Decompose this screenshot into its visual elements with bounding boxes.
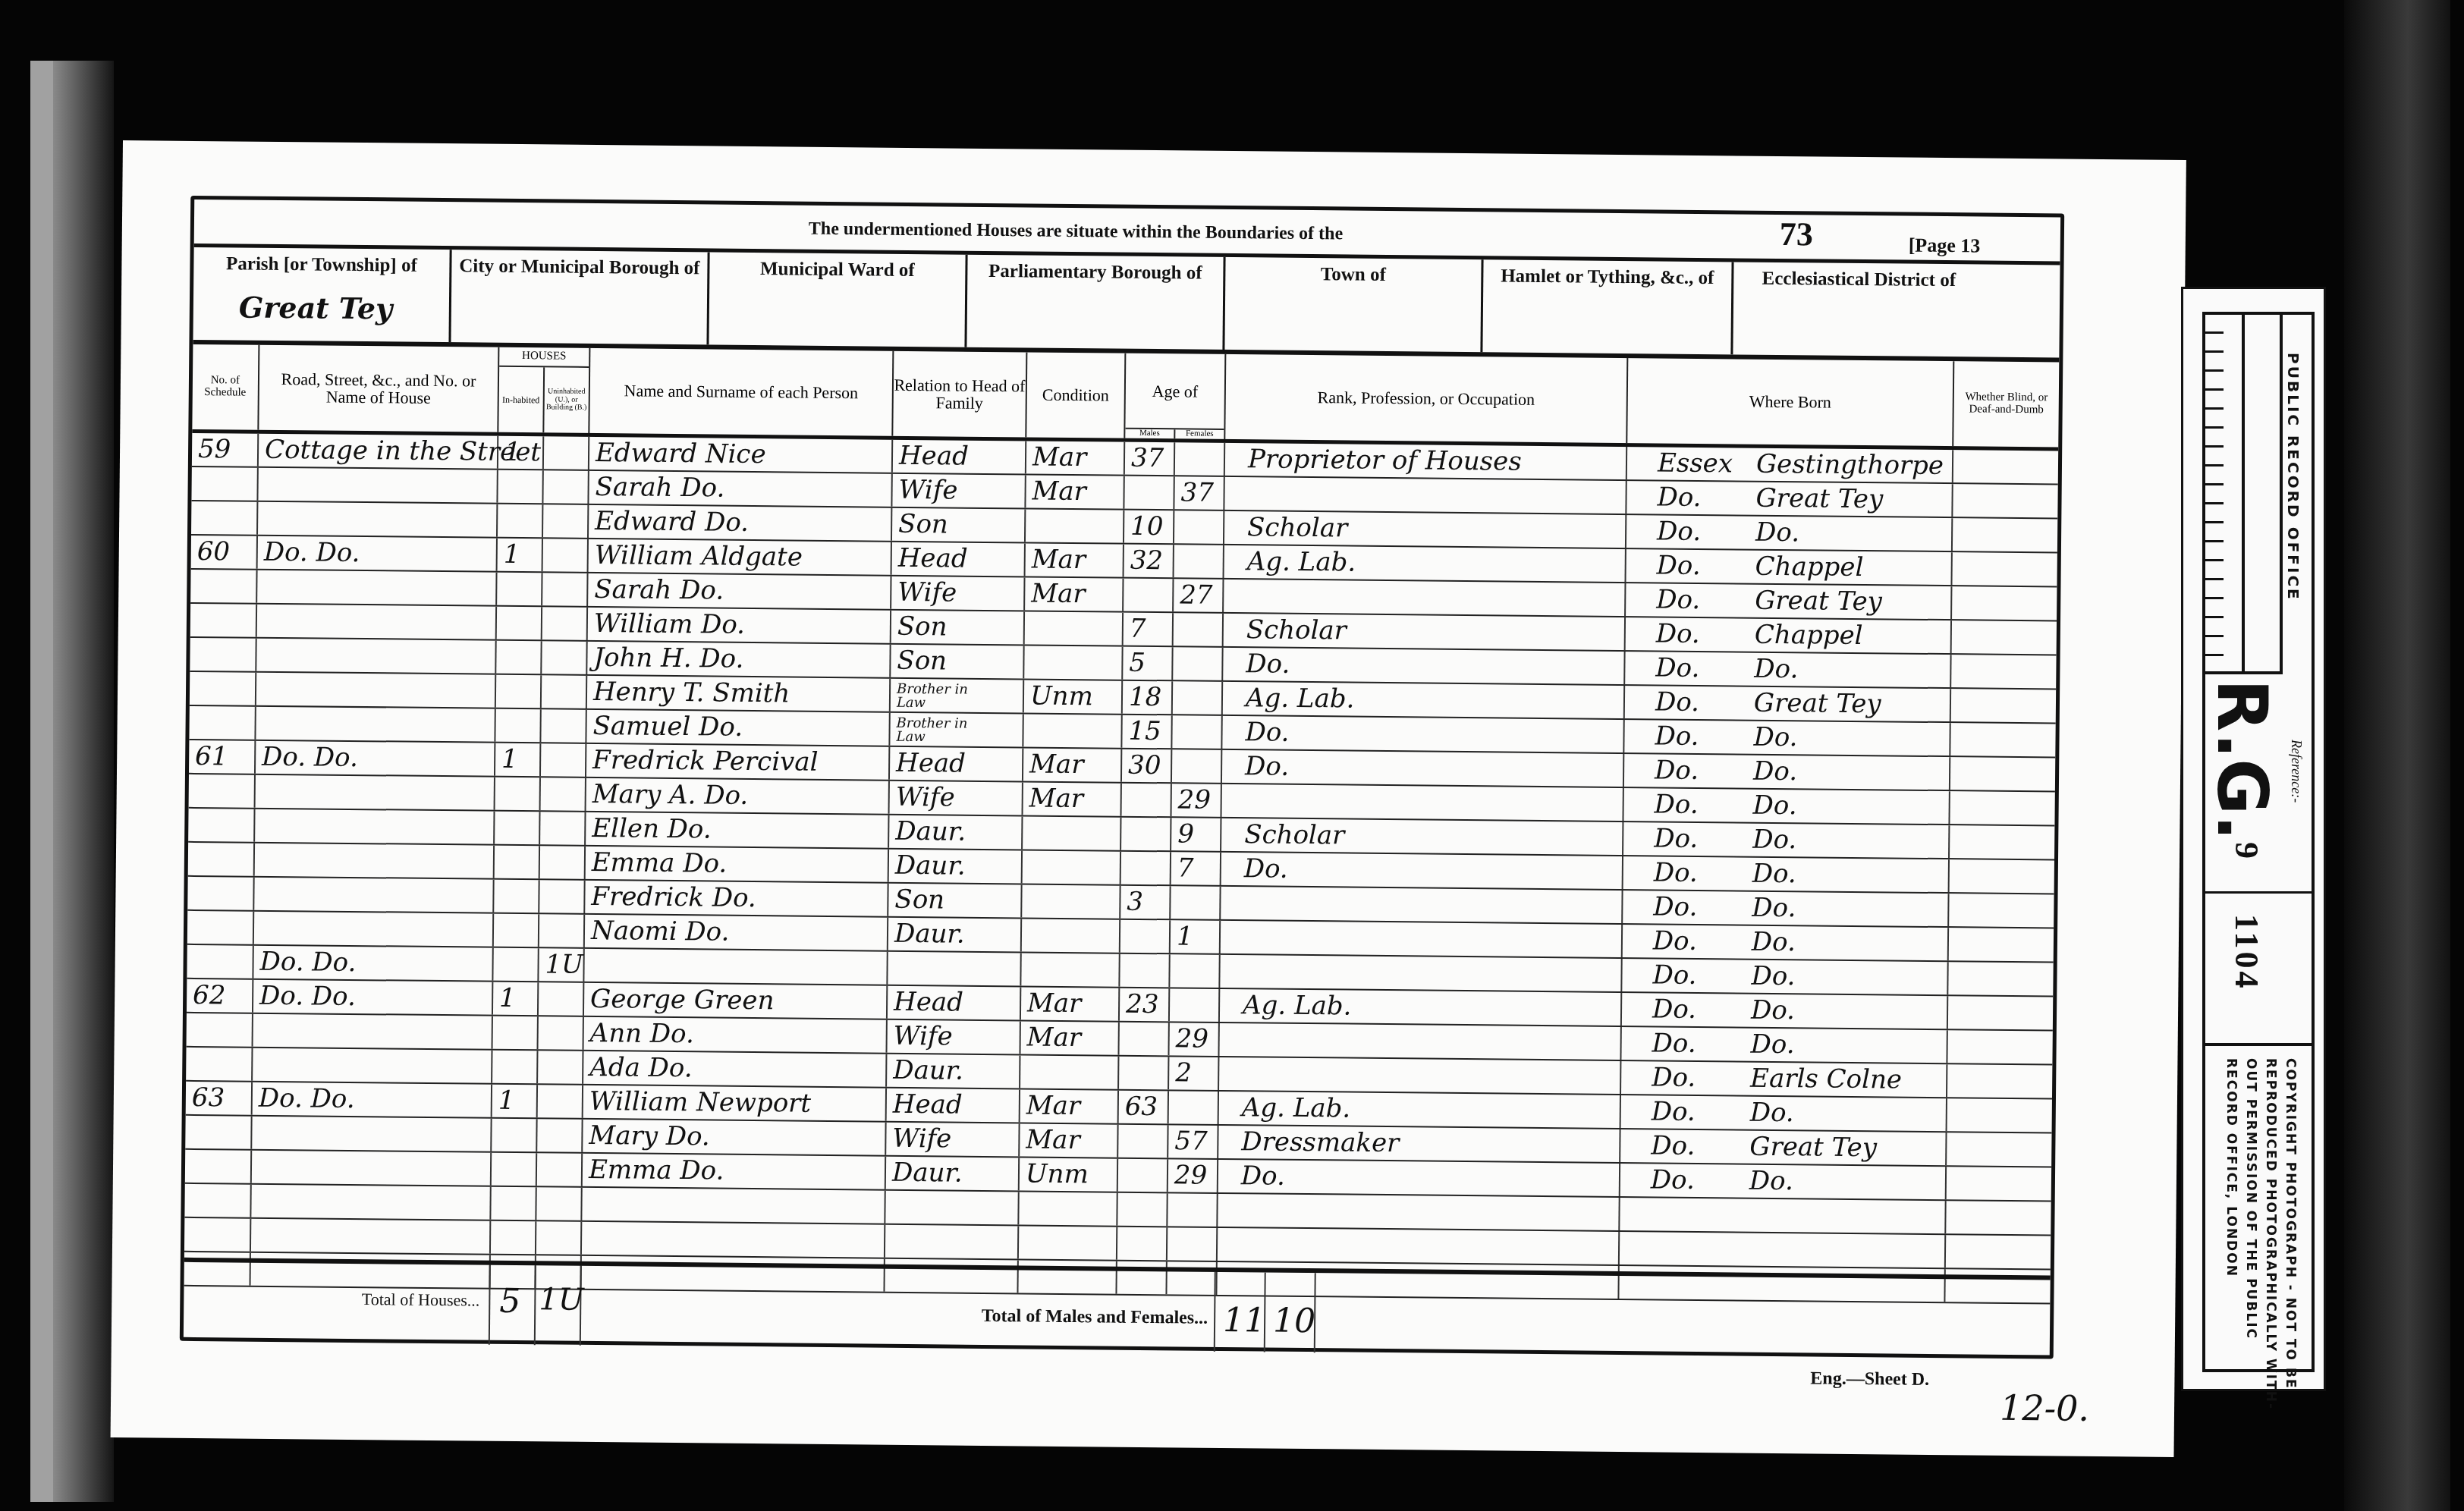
cell-uninhabited [543,470,589,504]
cell-male_age [1118,1159,1168,1192]
cell-schedule [190,570,257,603]
cell-name: Emma Do. [586,847,889,882]
born-place: Do. [1752,927,1796,958]
male-age: 15 [1128,716,1161,746]
born-county: Do. [1657,516,1701,547]
cell-blind [1953,450,2058,483]
cell-occupation: Do. [1221,853,1623,889]
cell-born: Do.Great Tey [1625,686,1951,721]
cell-uninhabited: 1U [539,948,584,982]
occupation: Ag. Lab. [1243,990,1352,1021]
male-age: 10 [1130,511,1164,542]
relation: Daur. [895,850,966,881]
cell-name: William Do. [588,608,891,643]
cell-occupation: Ag. Lab. [1220,989,1622,1026]
census-form: The undermentioned Houses are situate wi… [180,196,2064,1359]
cell-relation: Son [891,645,1024,679]
cell-inhabited [492,1119,537,1152]
cell-blind [1946,1201,2051,1234]
cell-female_age: 37 [1174,476,1224,510]
col-age: Age of Males Females [1125,353,1226,439]
cell-road [258,468,498,503]
occupation: Do. [1244,853,1288,884]
cell-occupation: Do. [1222,750,1624,787]
female-age: 27 [1180,580,1213,610]
relation: Son [897,646,947,677]
male-age: 23 [1126,989,1159,1019]
occupation: Do. [1241,1161,1285,1192]
cell-blind [1947,1030,2052,1063]
division-label: City or Municipal Borough of [459,256,699,278]
inhabited: 1 [499,983,516,1013]
uninhabited: 1U [545,949,583,979]
cell-female_age: 1 [1171,920,1221,953]
cell-relation: Head [887,1088,1020,1123]
cell-relation: Wife [891,576,1025,611]
total-houses-inhabited: 5 [499,1282,520,1321]
road: Do. Do. [264,537,360,568]
cell-road: Do. Do. [253,1082,492,1117]
cell-uninhabited [542,641,587,674]
schedule: 61 [195,741,228,771]
name: William Newport [589,1086,812,1119]
rg-class: R.G. [2202,679,2281,840]
born-county: Do. [1651,1130,1695,1161]
cell-uninhabited [539,1016,584,1050]
cell-condition: Mar [1026,475,1124,508]
cell-condition [1022,919,1120,952]
administrative-divisions: Parish [or Township] ofGreat TeyCity or … [193,247,2060,363]
born-county: Do. [1656,584,1700,615]
cell-occupation: Dressmaker [1218,1126,1620,1162]
division-2: Municipal Ward of [709,252,967,347]
born-place: Do. [1755,517,1799,548]
cell-born: Do.Do. [1621,1027,1947,1063]
cell-blind [1951,655,2056,688]
cell-born: Do.Do. [1626,515,1953,551]
cell-schedule: 60 [191,536,258,569]
cell-uninhabited [539,982,584,1016]
cell-schedule [187,945,253,979]
division-label: Parish [or Township] of [226,253,417,275]
cell-born: Do.Do. [1623,788,1950,824]
cell-name: Samuel Do. [586,710,890,746]
cell-inhabited: 1 [492,1085,538,1118]
cell-blind [1953,484,2057,517]
cell-female_age [1172,715,1222,749]
cell-name: Edward Nice [589,437,893,473]
rg-piece: 1104 [2227,914,2266,991]
cell-road: Do. Do. [258,536,498,571]
name: Ada Do. [589,1052,693,1083]
cell-relation: Daur. [889,850,1023,884]
inhabited: 1 [504,539,520,570]
schedule: 63 [192,1082,225,1113]
name: Samuel Do. [592,711,743,743]
division-value: Great Tey [239,290,393,325]
name: Ann Do. [590,1018,694,1049]
cell-female_age [1169,1091,1219,1124]
census-table: No. of Schedule Road, Street, &c., and N… [184,344,2060,1305]
cell-occupation [1218,1194,1620,1230]
cell-relation: Daur. [889,815,1023,850]
cell-name: Sarah Do. [589,471,892,507]
male-age: 7 [1130,614,1146,644]
cell-relation: Son [888,884,1022,918]
relation: Daur. [894,919,965,950]
cell-road [257,570,497,605]
reference-frame: PUBLIC RECORD OFFICE Reference:- R.G. 9 … [2202,312,2315,1372]
born-place: Do. [1754,654,1798,685]
born-place: Chappel [1755,620,1863,651]
cell-relation: Head [893,440,1026,474]
cell-condition: Mar [1020,1021,1119,1054]
born-county: Do. [1654,857,1698,888]
occupation: Scholar [1244,819,1344,850]
female-age: 2 [1175,1057,1192,1088]
cell-uninhabited [541,777,586,811]
cell-road: Do. Do. [256,741,495,776]
born-county: Do. [1653,925,1697,957]
cell-name: Edward Do. [589,505,892,541]
cell-born: Do.Do. [1623,856,1950,892]
born-county: Do. [1657,550,1701,581]
cell-male_age: 18 [1123,681,1173,715]
copyright-line: COPYRIGHT PHOTOGRAPH - NOT TO BE [2283,1058,2298,1390]
table-body: 59Cottage in the Street1Edward NiceHeadM… [184,433,2059,1305]
col-inhabited: In-habited [498,367,545,433]
male-age: 63 [1125,1092,1158,1122]
cell-road: Cottage in the Street [259,434,498,469]
cell-inhabited [497,573,542,606]
cell-female_age: 29 [1172,784,1222,817]
cell-female_age [1174,545,1224,578]
cell-schedule [188,809,255,842]
cell-occupation [1221,921,1623,957]
cell-inhabited [498,504,543,538]
cell-born: Do.Do. [1624,754,1950,790]
ruler-cm [2242,315,2283,674]
born-county: Do. [1651,1164,1695,1195]
female-age: 37 [1180,477,1214,507]
cell-relation: Daur. [888,918,1022,952]
cell-blind [1953,518,2057,551]
cell-schedule: 59 [192,433,259,466]
condition: Mar [1027,1022,1082,1053]
cell-female_age [1172,749,1222,783]
houses-label: HOUSES [499,347,589,368]
condition: Mar [1032,545,1086,576]
division-5: Hamlet or Tything, &c., of [1482,259,1733,354]
division-1: City or Municipal Borough of [451,250,709,344]
copyright-notice: COPYRIGHT PHOTOGRAPH - NOT TO BEREPRODUC… [2213,1058,2308,1362]
cell-uninhabited [540,812,586,845]
cell-inhabited [497,607,542,640]
cell-relation: Head [890,747,1023,781]
cell-blind [1948,996,2053,1029]
cell-female_age: 29 [1168,1159,1218,1192]
born-place: Do. [1753,722,1797,753]
total-houses-uninhabited: 1U [539,1282,584,1318]
born-place: Do. [1750,1029,1794,1060]
cell-name: Fredrick Percival [586,744,890,780]
cell-blind [1950,723,2055,756]
cell-road [254,912,494,947]
cell-condition: Mar [1026,543,1124,576]
cell-inhabited: 1 [495,743,541,777]
age-label: Age of [1152,353,1198,429]
road: Do. Do. [259,1083,355,1114]
cell-inhabited [491,1221,536,1255]
cell-name: Fredrick Do. [585,881,888,916]
female-age: 1 [1177,921,1193,951]
schedule: 59 [198,434,231,464]
cell-schedule [190,604,257,637]
relation: Daur. [895,816,966,847]
cell-condition [1020,1055,1119,1088]
cell-schedule [187,911,254,944]
relation: Son [897,611,948,642]
female-age: 57 [1174,1126,1208,1156]
name: William Do. [594,608,745,640]
folio-number: 73 [1780,215,1813,253]
cell-male_age: 3 [1120,886,1171,919]
name: Mary A. Do. [592,779,749,811]
born-county: Do. [1654,789,1698,820]
cell-condition [1019,1192,1117,1225]
cell-male_age [1119,1023,1169,1056]
division-4: Town of [1224,257,1483,352]
cell-male_age [1122,784,1172,817]
born-county: Do. [1652,1028,1696,1059]
cell-inhabited [493,948,539,982]
relation: Son [894,884,944,916]
born-place: Do. [1751,961,1795,992]
division-label: Ecclesiastical District of [1762,269,1956,291]
cell-occupation: Do. [1223,648,1625,684]
col-condition: Condition [1026,352,1126,438]
cell-blind [1947,1132,2051,1166]
cell-name: Mary Do. [583,1120,886,1155]
occupation: Ag. Lab. [1246,683,1355,714]
total-males: 11 [1223,1301,1265,1340]
cell-schedule [184,1184,251,1217]
road: Do. Do. [262,742,358,773]
reference-label: Reference:- [2288,740,2304,803]
cell-inhabited [494,880,539,913]
cell-male_age [1117,1193,1168,1227]
born-place: Do. [1749,1166,1793,1197]
cell-name: Sarah Do. [588,573,891,609]
born-place: Do. [1753,756,1797,787]
cell-name [582,1222,885,1258]
cell-blind [1949,894,2054,927]
cell-occupation [1224,580,1626,616]
cell-condition [1023,850,1121,884]
born-place: Do. [1752,859,1796,890]
condition: Unm [1030,681,1093,712]
born-county: Do. [1653,891,1697,922]
cell-blind [1949,928,2054,961]
occupation: Do. [1245,717,1289,748]
cell-relation: Son [891,611,1025,645]
cell-name: Henry T. Smith [587,676,891,712]
cell-male_age [1121,852,1171,885]
cell-relation: Wife [886,1123,1020,1157]
occupation: Do. [1246,649,1290,680]
cell-condition: Mar [1021,987,1120,1020]
copyright-line: OUT PERMISSION OF THE PUBLIC [2243,1058,2258,1340]
relation: Wife [896,782,955,813]
relation: Head [896,748,966,779]
condition: Mar [1029,749,1084,781]
cell-occupation: Do. [1218,1160,1620,1196]
relation: Wife [894,1021,953,1052]
cell-schedule [187,877,254,910]
cell-female_age [1175,442,1225,476]
cell-female_age [1170,988,1220,1022]
name: Fredrick Percival [592,745,819,777]
cell-name: Ellen Do. [586,812,889,848]
cell-condition [1023,714,1122,747]
condition: Mar [1032,442,1087,473]
cell-uninhabited [541,743,586,777]
cell-road [256,673,496,708]
cell-relation [885,1225,1019,1259]
condition: Mar [1026,1124,1080,1155]
occupation: Scholar [1246,614,1347,646]
female-age: 29 [1178,784,1212,815]
relation: Head [899,441,969,472]
male-age: 5 [1129,648,1146,678]
cell-born: Do.Great Tey [1626,481,1953,517]
cell-relation: Daur. [887,1054,1020,1088]
ruler-scale [2205,315,2245,674]
cell-name: Mary A. Do. [586,778,890,814]
cell-occupation [1220,955,1622,991]
cell-uninhabited [541,709,586,743]
cell-blind [1951,689,2056,722]
cell-uninhabited [538,1085,583,1118]
relation: Wife [898,475,957,506]
cell-road [257,605,497,639]
cell-occupation: Proprietor of Houses [1225,443,1627,479]
cell-female_age [1174,613,1224,646]
inhabited: 1 [501,744,518,774]
born-place: Do. [1751,995,1795,1026]
male-age: 32 [1130,545,1164,576]
cell-road [255,843,495,878]
female-age: 29 [1174,1160,1208,1190]
cell-born: Do.Chappel [1626,549,1953,585]
division-label: Municipal Ward of [760,259,915,281]
film-edge-right [2344,0,2450,1511]
cell-name: William Aldgate [589,539,892,575]
col-name: Name and Surname of each Person [589,348,894,436]
record-office-label: PUBLIC RECORD OFFICE [2284,353,2302,602]
col-where-born: Where Born [1627,358,1954,446]
cell-female_age [1173,681,1223,715]
cell-name: William Newport [583,1085,887,1121]
cell-blind [1948,962,2053,995]
schedule: 62 [193,980,226,1010]
division-label: Parliamentary Borough of [988,261,1202,284]
division-0: Parish [or Township] ofGreat Tey [193,247,451,342]
totals-row: Total of Houses... 5 1U Total of Males a… [184,1258,2051,1360]
cell-schedule [188,843,255,876]
name: Mary Do. [589,1120,710,1152]
born-place: Earls Colne [1750,1063,1902,1095]
condition: Mar [1032,476,1086,507]
cell-born: Do.Do. [1623,822,1950,858]
born-place: Great Tey [1755,586,1882,617]
total-houses-label: Total of Houses... [362,1290,480,1310]
cell-occupation [1222,784,1624,821]
cell-occupation: Ag. Lab. [1224,545,1626,582]
cell-blind [1947,1098,2052,1132]
cell-inhabited [493,1016,539,1050]
born-county: Do. [1657,482,1701,513]
cell-female_age [1173,647,1223,680]
name: George Green [590,984,775,1016]
cell-schedule [191,467,258,501]
cell-uninhabited [542,675,587,708]
born-place: Great Tey [1749,1132,1877,1164]
copyright-line: RECORD OFFICE, LONDON [2224,1058,2239,1277]
name: Emma Do. [589,1154,724,1186]
condition: Mar [1027,988,1082,1019]
occupation: Ag. Lab. [1247,546,1356,577]
cell-inhabited [495,812,540,845]
born-county: Do. [1652,1096,1696,1127]
cell-name: Naomi Do. [585,915,888,950]
division-6: Ecclesiastical District of [1733,262,1984,357]
male-age: 30 [1128,750,1161,781]
film-shadow-left [53,61,114,1502]
cell-inhabited [494,914,539,947]
cell-blind [1952,620,2057,654]
name: Sarah Do. [595,472,724,504]
cell-road [251,1219,491,1254]
cell-road [252,1117,492,1151]
cell-male_age: 32 [1124,545,1174,578]
schedule: 60 [197,536,231,567]
cell-name [584,949,888,985]
cell-condition [1026,509,1124,542]
name: Fredrick Do. [591,881,756,913]
cell-male_age: 63 [1119,1091,1169,1124]
cell-female_age: 2 [1169,1057,1219,1090]
cell-male_age [1119,1057,1169,1090]
division-label: Hamlet or Tything, &c., of [1501,265,1714,288]
cell-road [256,639,496,674]
cell-uninhabited [540,846,586,879]
total-persons-label: Total of Males and Females... [982,1306,1208,1329]
born-county: Do. [1655,686,1699,718]
cell-road [255,809,495,844]
cell-occupation [1218,1228,1620,1264]
cell-schedule [185,1116,252,1149]
cell-condition: Mar [1020,1089,1119,1123]
road: Do. Do. [259,981,356,1012]
cell-schedule [187,1013,253,1047]
cell-schedule [190,638,256,671]
cell-inhabited [492,1153,537,1186]
born-county: Do. [1655,721,1699,752]
cell-road [254,878,494,913]
name: Ellen Do. [592,813,712,845]
cell-occupation: Do. [1222,716,1624,752]
